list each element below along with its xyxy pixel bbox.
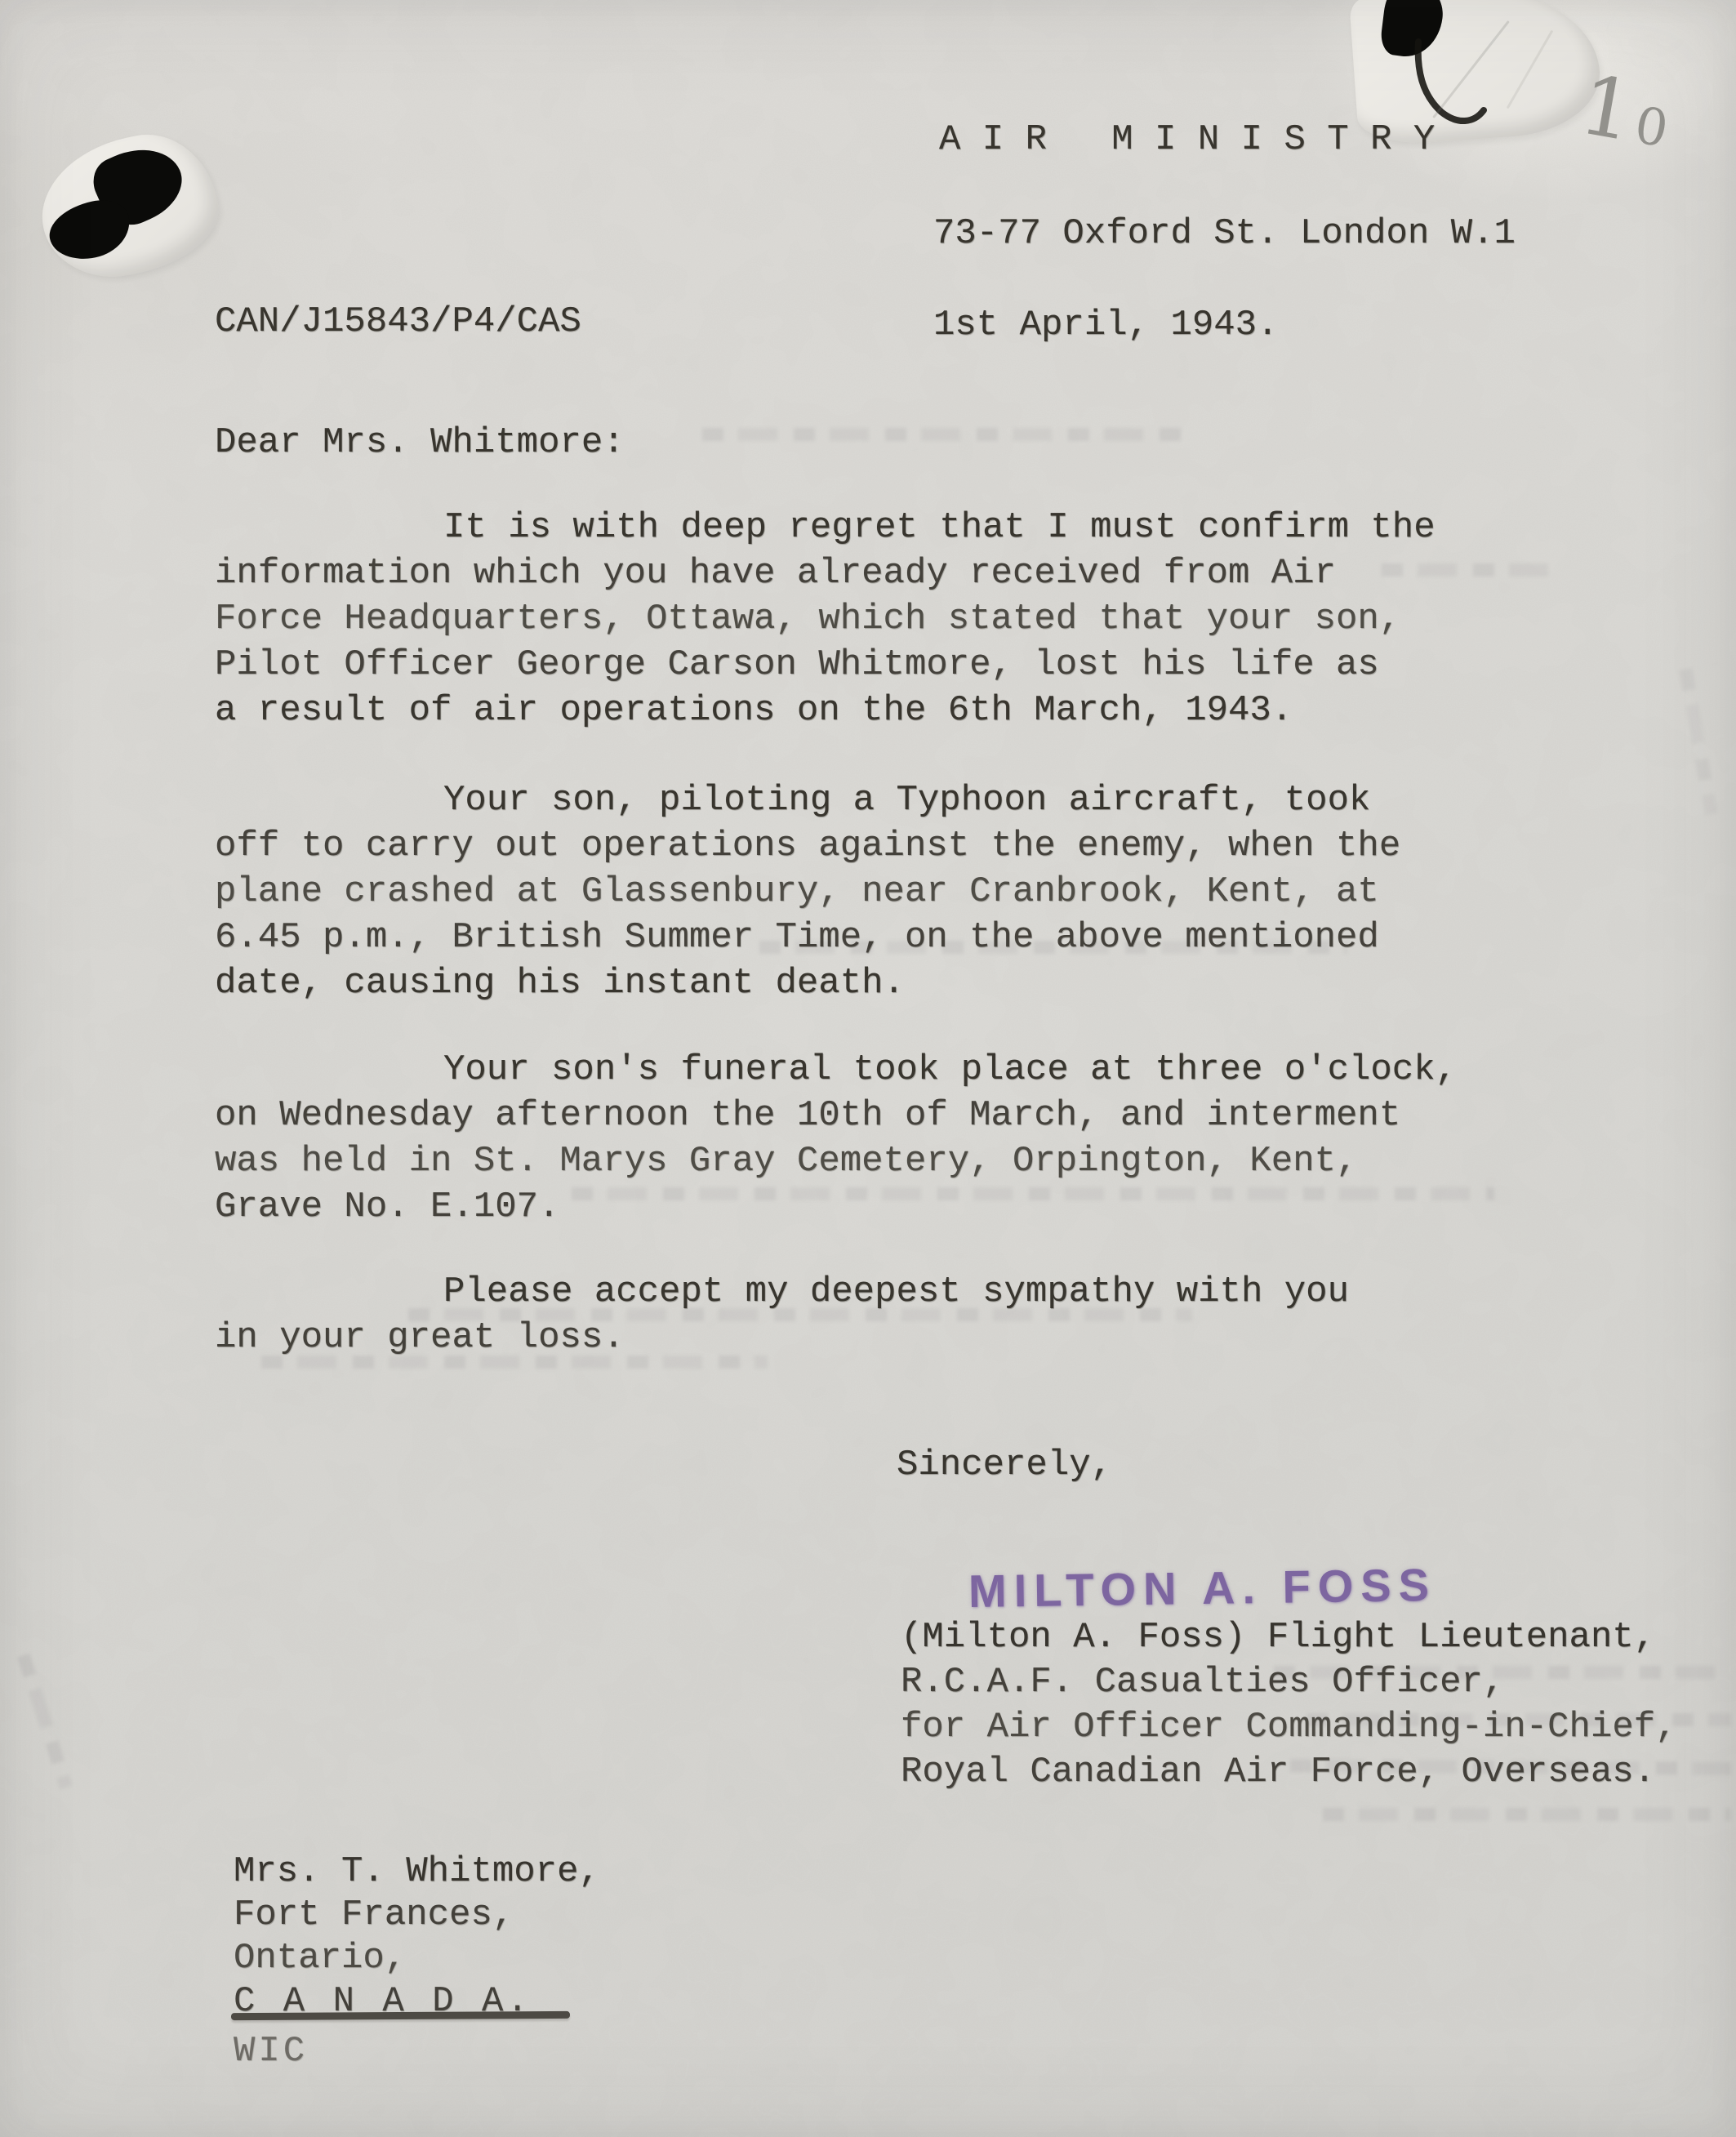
letter-date: 1st April, 1943. (933, 302, 1278, 348)
body-paragraph-4: Please accept my deepest sympathy with y… (215, 1269, 1349, 1360)
recipient-address: Mrs. T. Whitmore,Fort Frances,Ontario,C … (234, 1850, 600, 2023)
bleed-through-smudge (1679, 668, 1717, 815)
text-line: a result of air operations on the 6th Ma… (215, 688, 1436, 733)
text-line: Your son's funeral took place at three o… (215, 1047, 1457, 1093)
reference-number: CAN/J15843/P4/CAS (215, 299, 581, 345)
text-line: information which you have already recei… (215, 550, 1436, 596)
signature-block: (Milton A. Foss) Flight Lieutenant,R.C.A… (901, 1615, 1677, 1795)
text-line: (Milton A. Foss) Flight Lieutenant, (901, 1615, 1677, 1660)
text-line: on Wednesday afternoon the 10th of March… (215, 1093, 1457, 1138)
text-line: Royal Canadian Air Force, Overseas. (901, 1750, 1677, 1795)
salutation: Dear Mrs. Whitmore: (215, 420, 625, 465)
letterhead-address: 73-77 Oxford St. London W.1 (933, 211, 1516, 256)
text-line: R.C.A.F. Casualties Officer, (901, 1660, 1677, 1705)
text-line: plane crashed at Glassenbury, near Cranb… (215, 869, 1400, 915)
bleed-through-smudge (1323, 1808, 1731, 1821)
text-line: It is with deep regret that I must confi… (215, 505, 1436, 550)
text-line: Force Headquarters, Ottawa, which stated… (215, 596, 1436, 642)
text-line: in your great loss. (215, 1315, 1349, 1360)
letter-page: A I R M I N I S T R Y 73-77 Oxford St. L… (0, 0, 1736, 2137)
text-line: was held in St. Marys Gray Cemetery, Orp… (215, 1138, 1457, 1184)
body-paragraph-3: Your son's funeral took place at three o… (215, 1047, 1457, 1230)
text-line: Mrs. T. Whitmore, (234, 1850, 600, 1894)
text-line: Pilot Officer George Carson Whitmore, lo… (215, 642, 1436, 688)
text-line: Ontario, (234, 1937, 600, 1980)
text-line: for Air Officer Commanding-in-Chief, (901, 1705, 1677, 1750)
text-line: Please accept my deepest sympathy with y… (215, 1269, 1349, 1315)
body-paragraph-2: Your son, piloting a Typhoon aircraft, t… (215, 777, 1400, 1006)
text-line: 6.45 p.m., British Summer Time, on the a… (215, 915, 1400, 960)
text-line: Grave No. E.107. (215, 1184, 1457, 1230)
text-line: date, causing his instant death. (215, 960, 1400, 1006)
signature-stamp: MILTON A. FOSS (968, 1558, 1437, 1618)
body-paragraph-1: It is with deep regret that I must confi… (215, 505, 1436, 733)
text-line: off to carry out operations against the … (215, 823, 1400, 869)
bleed-through-smudge (17, 1654, 73, 1790)
closing-salutation: Sincerely, (897, 1442, 1112, 1488)
text-line: Your son, piloting a Typhoon aircraft, t… (215, 777, 1400, 823)
typist-initials: WIC (234, 2028, 308, 2074)
pencil-page-number: 10 (1574, 56, 1678, 166)
bleed-through-smudge (702, 428, 1192, 441)
letterhead-organization: A I R M I N I S T R Y (939, 117, 1435, 163)
text-line: Fort Frances, (234, 1894, 600, 1937)
